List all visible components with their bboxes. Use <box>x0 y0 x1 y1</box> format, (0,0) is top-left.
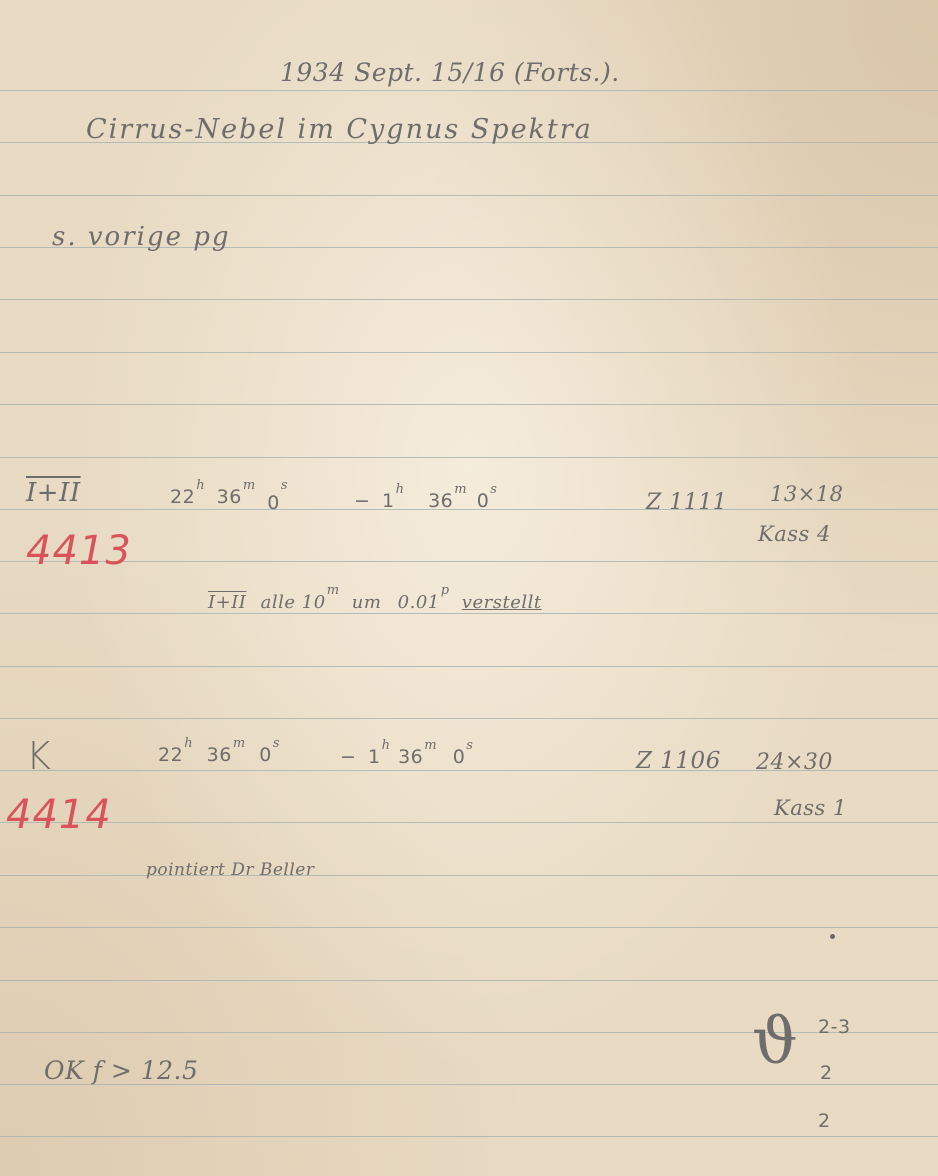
rule-line <box>0 927 938 928</box>
rule-line <box>0 613 938 614</box>
ra-minutes-unit: m <box>243 478 256 493</box>
dec-seconds: 0 <box>453 746 466 768</box>
ra-hours: 22 <box>170 486 195 508</box>
ra-minutes-unit: m <box>233 736 246 751</box>
note-value-unit: p <box>441 583 450 598</box>
dec-degrees: 1 <box>368 746 381 768</box>
dec-degrees: 1 <box>382 490 395 512</box>
plate-size: 13×18 <box>770 482 844 506</box>
note-text: alle 10 <box>261 592 326 613</box>
rule-line <box>0 457 938 458</box>
focus-line: OK f > 12.5 <box>44 1056 198 1085</box>
dec-seconds-unit: s <box>466 738 473 753</box>
rule-line <box>0 90 938 91</box>
rule-line <box>0 1136 938 1137</box>
dec-degrees-unit: h <box>396 482 405 497</box>
dec-minutes: 36 <box>428 490 453 512</box>
quality-value: 2-3 <box>818 1016 851 1038</box>
cassette: Kass 4 <box>758 522 831 546</box>
dec-seconds: 0 <box>477 490 490 512</box>
rule-line <box>0 352 938 353</box>
rule-line <box>0 404 938 405</box>
ra-minutes: 36 <box>217 486 242 508</box>
note-text: verstellt <box>462 592 542 613</box>
declination: − 1h 36m 0s <box>340 746 473 768</box>
zone-number: Z 1111 <box>646 490 727 515</box>
quality-brace-icon: ϑ <box>752 1010 798 1074</box>
ra-minutes: 36 <box>207 744 232 766</box>
rule-line <box>0 666 938 667</box>
dec-minutes-unit: m <box>424 738 437 753</box>
ra-hours-unit: h <box>184 736 193 751</box>
ra-seconds: 0 <box>259 744 272 766</box>
notebook-page: 1934 Sept. 15/16 (Forts.). Cirrus-Nebel … <box>0 0 938 1176</box>
dec-degrees-unit: h <box>382 738 391 753</box>
rule-line <box>0 561 938 562</box>
dec-minutes-unit: m <box>454 482 467 497</box>
dec-sign: − <box>354 490 370 512</box>
entry-label: I+II <box>26 478 81 508</box>
rule-line <box>0 822 938 823</box>
rule-line <box>0 299 938 300</box>
note-text: um <box>352 592 382 613</box>
date-line: 1934 Sept. 15/16 (Forts.). <box>280 58 620 87</box>
plate-size: 24×30 <box>756 750 833 775</box>
entry-note: I+II alle 10m um 0.01p verstellt <box>208 592 542 613</box>
right-ascension: 22h 36m 0s <box>158 744 280 766</box>
note-value: 0.01 <box>398 592 440 613</box>
entry-note: pointiert Dr Beller <box>146 860 314 880</box>
note-prefix: I+II <box>208 592 246 613</box>
zone-number: Z 1106 <box>636 748 721 774</box>
entry-label: K <box>26 734 51 778</box>
quality-value: 2 <box>820 1062 833 1084</box>
rule-line <box>0 718 938 719</box>
pencil-dot <box>830 934 835 939</box>
ra-seconds: 0 <box>267 492 280 514</box>
dec-seconds-unit: s <box>490 482 497 497</box>
note-unit: m <box>327 583 340 598</box>
reference-line: s. vorige pg <box>52 222 231 252</box>
rule-line <box>0 195 938 196</box>
plate-number: 4414 <box>6 792 112 838</box>
ra-seconds-unit: s <box>273 736 280 751</box>
plate-number: 4413 <box>26 528 132 574</box>
ra-hours: 22 <box>158 744 183 766</box>
declination: − 1h 36m 0s <box>354 490 497 512</box>
ra-hours-unit: h <box>196 478 205 493</box>
subject-line: Cirrus-Nebel im Cygnus Spektra <box>86 114 593 145</box>
rule-line <box>0 980 938 981</box>
quality-value: 2 <box>818 1110 831 1132</box>
cassette: Kass 1 <box>774 796 847 820</box>
dec-minutes: 36 <box>398 746 423 768</box>
ra-seconds-unit: s <box>281 478 288 493</box>
right-ascension: 22h 36m 0s <box>170 486 288 508</box>
rule-line <box>0 875 938 876</box>
dec-sign: − <box>340 746 356 768</box>
